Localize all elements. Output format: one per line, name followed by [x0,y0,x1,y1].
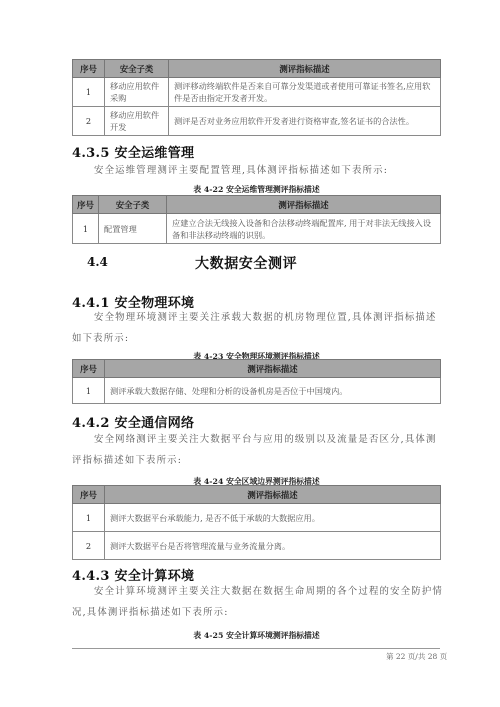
cell-description: 测评移动终端软件是否来自可靠分发渠道或者使用可靠证书签名,应用软件是否由指定开发… [169,78,441,107]
cell-description: 测评承载大数据存储、处理和分析的设备机房是否位于中国境内。 [105,378,441,404]
table-4-23: 序号 测评指标描述 1 测评承载大数据存储、处理和分析的设备机房是否位于中国境内… [72,359,441,404]
cell-no: 2 [73,532,105,560]
table-row: 1 移动应用软件采购 测评移动终端软件是否来自可靠分发渠道或者使用可靠证书签名,… [73,78,441,107]
cell-subcategory: 移动应用软件开发 [105,107,169,136]
table-header-row: 序号 安全子类 测评指标描述 [73,60,441,78]
cell-description: 应建立合法无线接入设备和合法移动终端配置库, 用于对非法无线接入设备和非法移动终… [167,214,441,244]
cell-description: 测评大数据平台是否将管理流量与业务流量分离。 [105,532,441,560]
col-header-no: 序号 [73,60,105,78]
section-title: 安全运维管理 [115,146,195,161]
table-row: 1 测评大数据平台承载能力, 是否不低于承载的大数据应用。 [73,504,441,532]
cell-no: 1 [73,214,99,244]
section-paragraph: 安全计算环境测评主要关注大数据在数据生命周期的各个过程的安全防护情况,具体测评指… [72,581,444,623]
chapter-title: 大数据安全测评 [195,253,297,273]
table-row: 2 测评大数据平台是否将管理流量与业务流量分离。 [73,532,441,560]
col-header-description: 测评指标描述 [105,360,441,378]
cell-no: 1 [73,78,105,107]
cell-subcategory: 移动应用软件采购 [105,78,169,107]
section-number: 4.3.5 [72,146,110,161]
cell-no: 1 [73,378,105,404]
cell-description: 测评是否对业务应用软件开发者进行资格审查,签名证书的合法性。 [169,107,441,136]
document-page: 序号 安全子类 测评指标描述 1 移动应用软件采购 测评移动终端软件是否来自可靠… [0,0,500,707]
cell-description: 测评大数据平台承载能力, 是否不低于承载的大数据应用。 [105,504,441,532]
col-header-subcategory: 安全子类 [99,196,167,214]
cell-subcategory: 配置管理 [99,214,167,244]
table-4-21: 序号 安全子类 测评指标描述 1 移动应用软件采购 测评移动终端软件是否来自可靠… [72,59,441,136]
section-paragraph: 安全运维管理测评主要配置管理,具体测评指标描述如下表所示: [72,160,444,181]
table-4-22: 序号 安全子类 测评指标描述 1 配置管理 应建立合法无线接入设备和合法移动终端… [72,195,441,244]
col-header-no: 序号 [73,360,105,378]
table-row: 1 测评承载大数据存储、处理和分析的设备机房是否位于中国境内。 [73,378,441,404]
col-header-description: 测评指标描述 [167,196,441,214]
table-header-row: 序号 安全子类 测评指标描述 [73,196,441,214]
col-header-description: 测评指标描述 [169,60,441,78]
col-header-no: 序号 [73,486,105,504]
section-paragraph: 安全物理环境测评主要关注承载大数据的机房物理位置,具体测评指标描述如下表所示: [72,307,444,349]
section-paragraph: 安全网络测评主要关注大数据平台与应用的级别以及流量是否区分,具体测评指标描述如下… [72,429,444,471]
table-header-row: 序号 测评指标描述 [73,360,441,378]
col-header-no: 序号 [73,196,99,214]
table-4-24: 序号 测评指标描述 1 测评大数据平台承载能力, 是否不低于承载的大数据应用。 … [72,485,441,560]
footer-divider [72,648,440,649]
section-heading-4-3-5: 4.3.5 安全运维管理 [72,142,194,161]
chapter-heading-4-4: 4.4 大数据安全测评 [87,254,447,270]
cell-no: 1 [73,504,105,532]
table-caption: 表 4-22 安全运维管理测评指标描述 [72,184,441,195]
page-number: 第 22 页/共 28 页 [386,651,447,662]
table-header-row: 序号 测评指标描述 [73,486,441,504]
table-row: 2 移动应用软件开发 测评是否对业务应用软件开发者进行资格审查,签名证书的合法性… [73,107,441,136]
table-caption: 表 4-25 安全计算环境测评指标描述 [72,630,441,641]
col-header-description: 测评指标描述 [105,486,441,504]
cell-no: 2 [73,107,105,136]
chapter-number: 4.4 [87,255,108,269]
col-header-subcategory: 安全子类 [105,60,169,78]
table-row: 1 配置管理 应建立合法无线接入设备和合法移动终端配置库, 用于对非法无线接入设… [73,214,441,244]
